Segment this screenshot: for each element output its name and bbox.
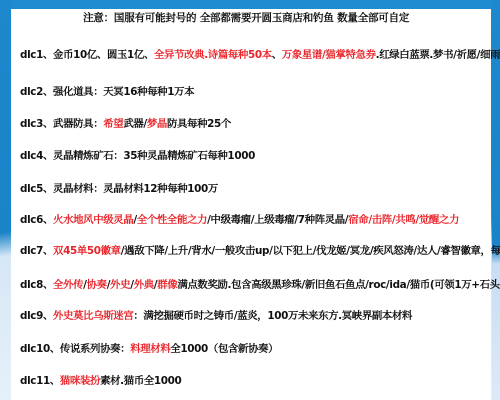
- dlc-item-6: dlc6、火水地风中级灵晶/全个性全能之力/中级毒瘤/上级毒瘤/7种阵灵晶/宿命…: [20, 211, 459, 226]
- segment: 群像: [157, 279, 177, 291]
- segment: dlc10、传说系列协奏：: [20, 343, 130, 355]
- segment: 全异节改典.诗篇每种50本: [154, 49, 272, 61]
- segment: 火水地风中级灵晶: [53, 214, 133, 226]
- segment: 协奏: [87, 279, 107, 291]
- segment: 素材.猫币全1000: [100, 375, 181, 387]
- segment: dlc7、: [20, 245, 53, 257]
- segment: 防具每种25个: [167, 118, 231, 130]
- segment: /中级毒瘤/上级毒瘤/7种阵灵晶/: [207, 214, 348, 226]
- segment: 希望: [103, 118, 123, 130]
- segment: 全个性全能之力: [137, 214, 207, 226]
- segment: 外史莫比乌斯迷宫: [53, 310, 133, 322]
- dlc-item-4: dlc4、灵晶精炼矿石：35种灵晶精炼矿石每种1000: [20, 147, 255, 162]
- dlc-item-3: dlc3、武器防具：希望武器/梦晶防具每种25个: [20, 115, 231, 130]
- segment: ：满挖掘硬币时之铸币/蓝炎，100万未来东方.冥峡界副本材料: [133, 310, 412, 322]
- segment: dlc3、武器防具：: [20, 118, 103, 130]
- segment: 武器/: [123, 118, 147, 130]
- segment: dlc9、: [20, 310, 53, 322]
- segment: 满点数奖励.包含高级黑珍珠/新旧鱼石鱼点/roc/ida/猫币(可领1万+石头): [177, 279, 500, 291]
- segment: dlc8、: [20, 279, 53, 291]
- segment: dlc1、金币10亿、圆玉1亿、: [20, 49, 154, 61]
- segment: 全外传: [53, 279, 83, 291]
- dlc-item-9: dlc9、外史莫比乌斯迷宫：满挖掘硬币时之铸币/蓝炎，100万未来东方.冥峡界副…: [20, 307, 412, 322]
- segment: 宿命/击阵/共鸣/觉醒之力: [348, 214, 459, 226]
- dlc-item-11: dlc11、猫咪装扮素材.猫币全1000: [20, 372, 181, 387]
- segment: 全1000（包含新协奏）: [170, 343, 278, 355]
- segment: 料理材料: [130, 343, 170, 355]
- segment: 万象星谱/猫掌特急券: [282, 49, 376, 61]
- dlc-item-5: dlc5、灵晶材料：灵晶材料12种每种100万: [20, 180, 218, 195]
- segment: 、: [272, 49, 282, 61]
- segment: 猫咪装扮: [60, 375, 100, 387]
- segment: .红绿白蓝票.梦书/祈愿/细雨/上级经验书1万: [376, 49, 500, 61]
- segment: dlc5、灵晶材料：灵晶材料12种每种100万: [20, 183, 218, 195]
- notice-heading: 注意：国服有可能封号的 全部都需要开圆玉商店和钓鱼 数量全部可自定: [83, 10, 409, 25]
- segment: 外典: [134, 279, 154, 291]
- segment: dlc11、: [20, 375, 60, 387]
- segment: /遇敌下降/上升/背水/一般攻击up/以下犯上/伐龙姬/冥龙/疾风怒涛/达人/睿…: [121, 245, 500, 257]
- dlc-item-7: dlc7、双45单50徽章/遇敌下降/上升/背水/一般攻击up/以下犯上/伐龙姬…: [20, 242, 500, 257]
- dlc-item-8: dlc8、全外传/协奏/外史/外典/群像满点数奖励.包含高级黑珍珠/新旧鱼石鱼点…: [20, 276, 500, 291]
- dlc-item-1: dlc1、金币10亿、圆玉1亿、全异节改典.诗篇每种50本、万象星谱/猫掌特急券…: [20, 46, 500, 61]
- segment: 双45单50徽章: [53, 245, 121, 257]
- segment: dlc6、: [20, 214, 53, 226]
- segment: 外史: [110, 279, 130, 291]
- segment: dlc2、强化道具：天冥16种每种1万本: [20, 86, 194, 98]
- segment: dlc4、灵晶精炼矿石：35种灵晶精炼矿石每种1000: [20, 150, 255, 162]
- segment: 梦晶: [147, 118, 167, 130]
- dlc-item-2: dlc2、强化道具：天冥16种每种1万本: [20, 83, 194, 98]
- dlc-item-10: dlc10、传说系列协奏：料理材料全1000（包含新协奏）: [20, 340, 278, 355]
- content-panel: 注意：国服有可能封号的 全部都需要开圆玉商店和钓鱼 数量全部可自定 dlc1、金…: [11, 9, 491, 400]
